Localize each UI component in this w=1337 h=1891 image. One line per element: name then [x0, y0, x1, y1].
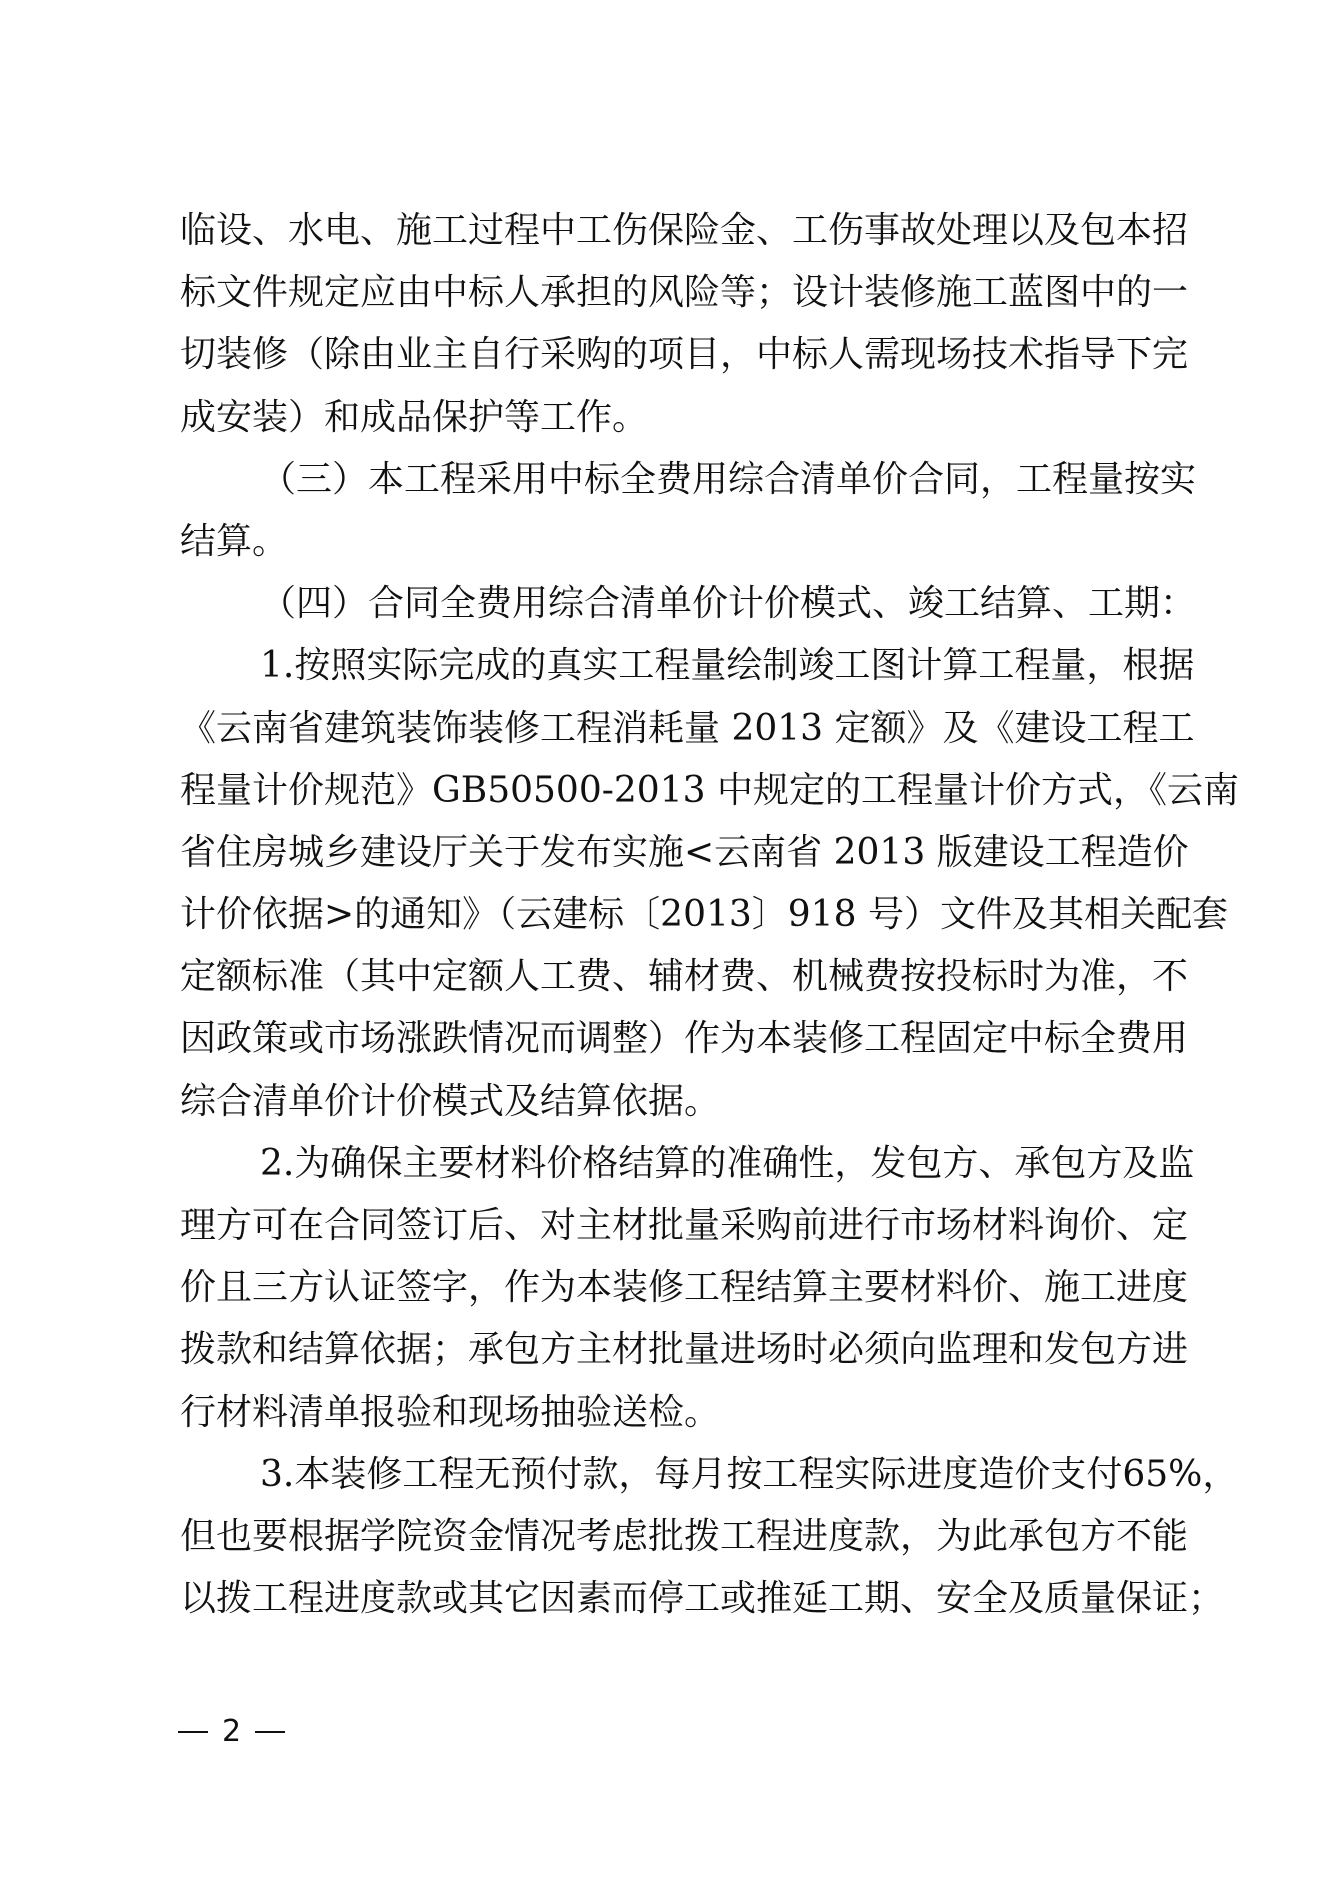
text-line: 但也要根据学院资金情况考虑批拨工程进度款，为此承包方不能: [180, 1506, 1170, 1568]
text-line: （三）本工程采用中标全费用综合清单价合同，工程量按实: [180, 449, 1170, 511]
text-line: 切装修（除由业主自行采购的项目，中标人需现场技术指导下完: [180, 324, 1170, 386]
text-line: 结算。: [180, 511, 1170, 573]
text-line: 因政策或市场涨跌情况而调整）作为本装修工程固定中标全费用: [180, 1008, 1170, 1070]
text-line: 1.按照实际完成的真实工程量绘制竣工图计算工程量，根据: [180, 635, 1170, 697]
text-line: 理方可在合同签订后、对主材批量采购前进行市场材料询价、定: [180, 1195, 1170, 1257]
text-line: 《云南省建筑装饰装修工程消耗量 2013 定额》及《建设工程工: [180, 698, 1170, 760]
text-line: 2.为确保主要材料价格结算的准确性，发包方、承包方及监: [180, 1133, 1170, 1195]
document-body: 临设、水电、施工过程中工伤保险金、工伤事故处理以及包本招标文件规定应由中标人承担…: [180, 200, 1170, 1630]
text-line: 标文件规定应由中标人承担的风险等；设计装修施工蓝图中的一: [180, 262, 1170, 324]
text-line: 综合清单价计价模式及结算依据。: [180, 1071, 1170, 1133]
text-line: 行材料清单报验和现场抽验送检。: [180, 1382, 1170, 1444]
text-line: （四）合同全费用综合清单价计价模式、竣工结算、工期：: [180, 573, 1170, 635]
text-line: 定额标准（其中定额人工费、辅材费、机械费按投标时为准，不: [180, 946, 1170, 1008]
text-line: 价且三方认证签字，作为本装修工程结算主要材料价、施工进度: [180, 1257, 1170, 1319]
text-line: 成安装）和成品保护等工作。: [180, 387, 1170, 449]
text-line: 程量计价规范》GB50500-2013 中规定的工程量计价方式，《云南: [180, 760, 1170, 822]
text-line: 3.本装修工程无预付款，每月按工程实际进度造价支付65%，: [180, 1444, 1170, 1506]
text-line: 以拨工程进度款或其它因素而停工或推延工期、安全及质量保证；: [180, 1568, 1170, 1630]
document-page: 临设、水电、施工过程中工伤保险金、工伤事故处理以及包本招标文件规定应由中标人承担…: [0, 0, 1337, 1891]
text-line: 计价依据>的通知》（云建标〔2013〕918 号）文件及其相关配套: [180, 884, 1170, 946]
left-dash: [178, 1731, 208, 1733]
page-number: 2: [178, 1712, 285, 1752]
text-line: 省住房城乡建设厅关于发布实施<云南省 2013 版建设工程造价: [180, 822, 1170, 884]
page-number-value: 2: [222, 1712, 241, 1752]
text-line: 拨款和结算依据；承包方主材批量进场时必须向监理和发包方进: [180, 1319, 1170, 1381]
text-line: 临设、水电、施工过程中工伤保险金、工伤事故处理以及包本招: [180, 200, 1170, 262]
right-dash: [255, 1731, 285, 1733]
